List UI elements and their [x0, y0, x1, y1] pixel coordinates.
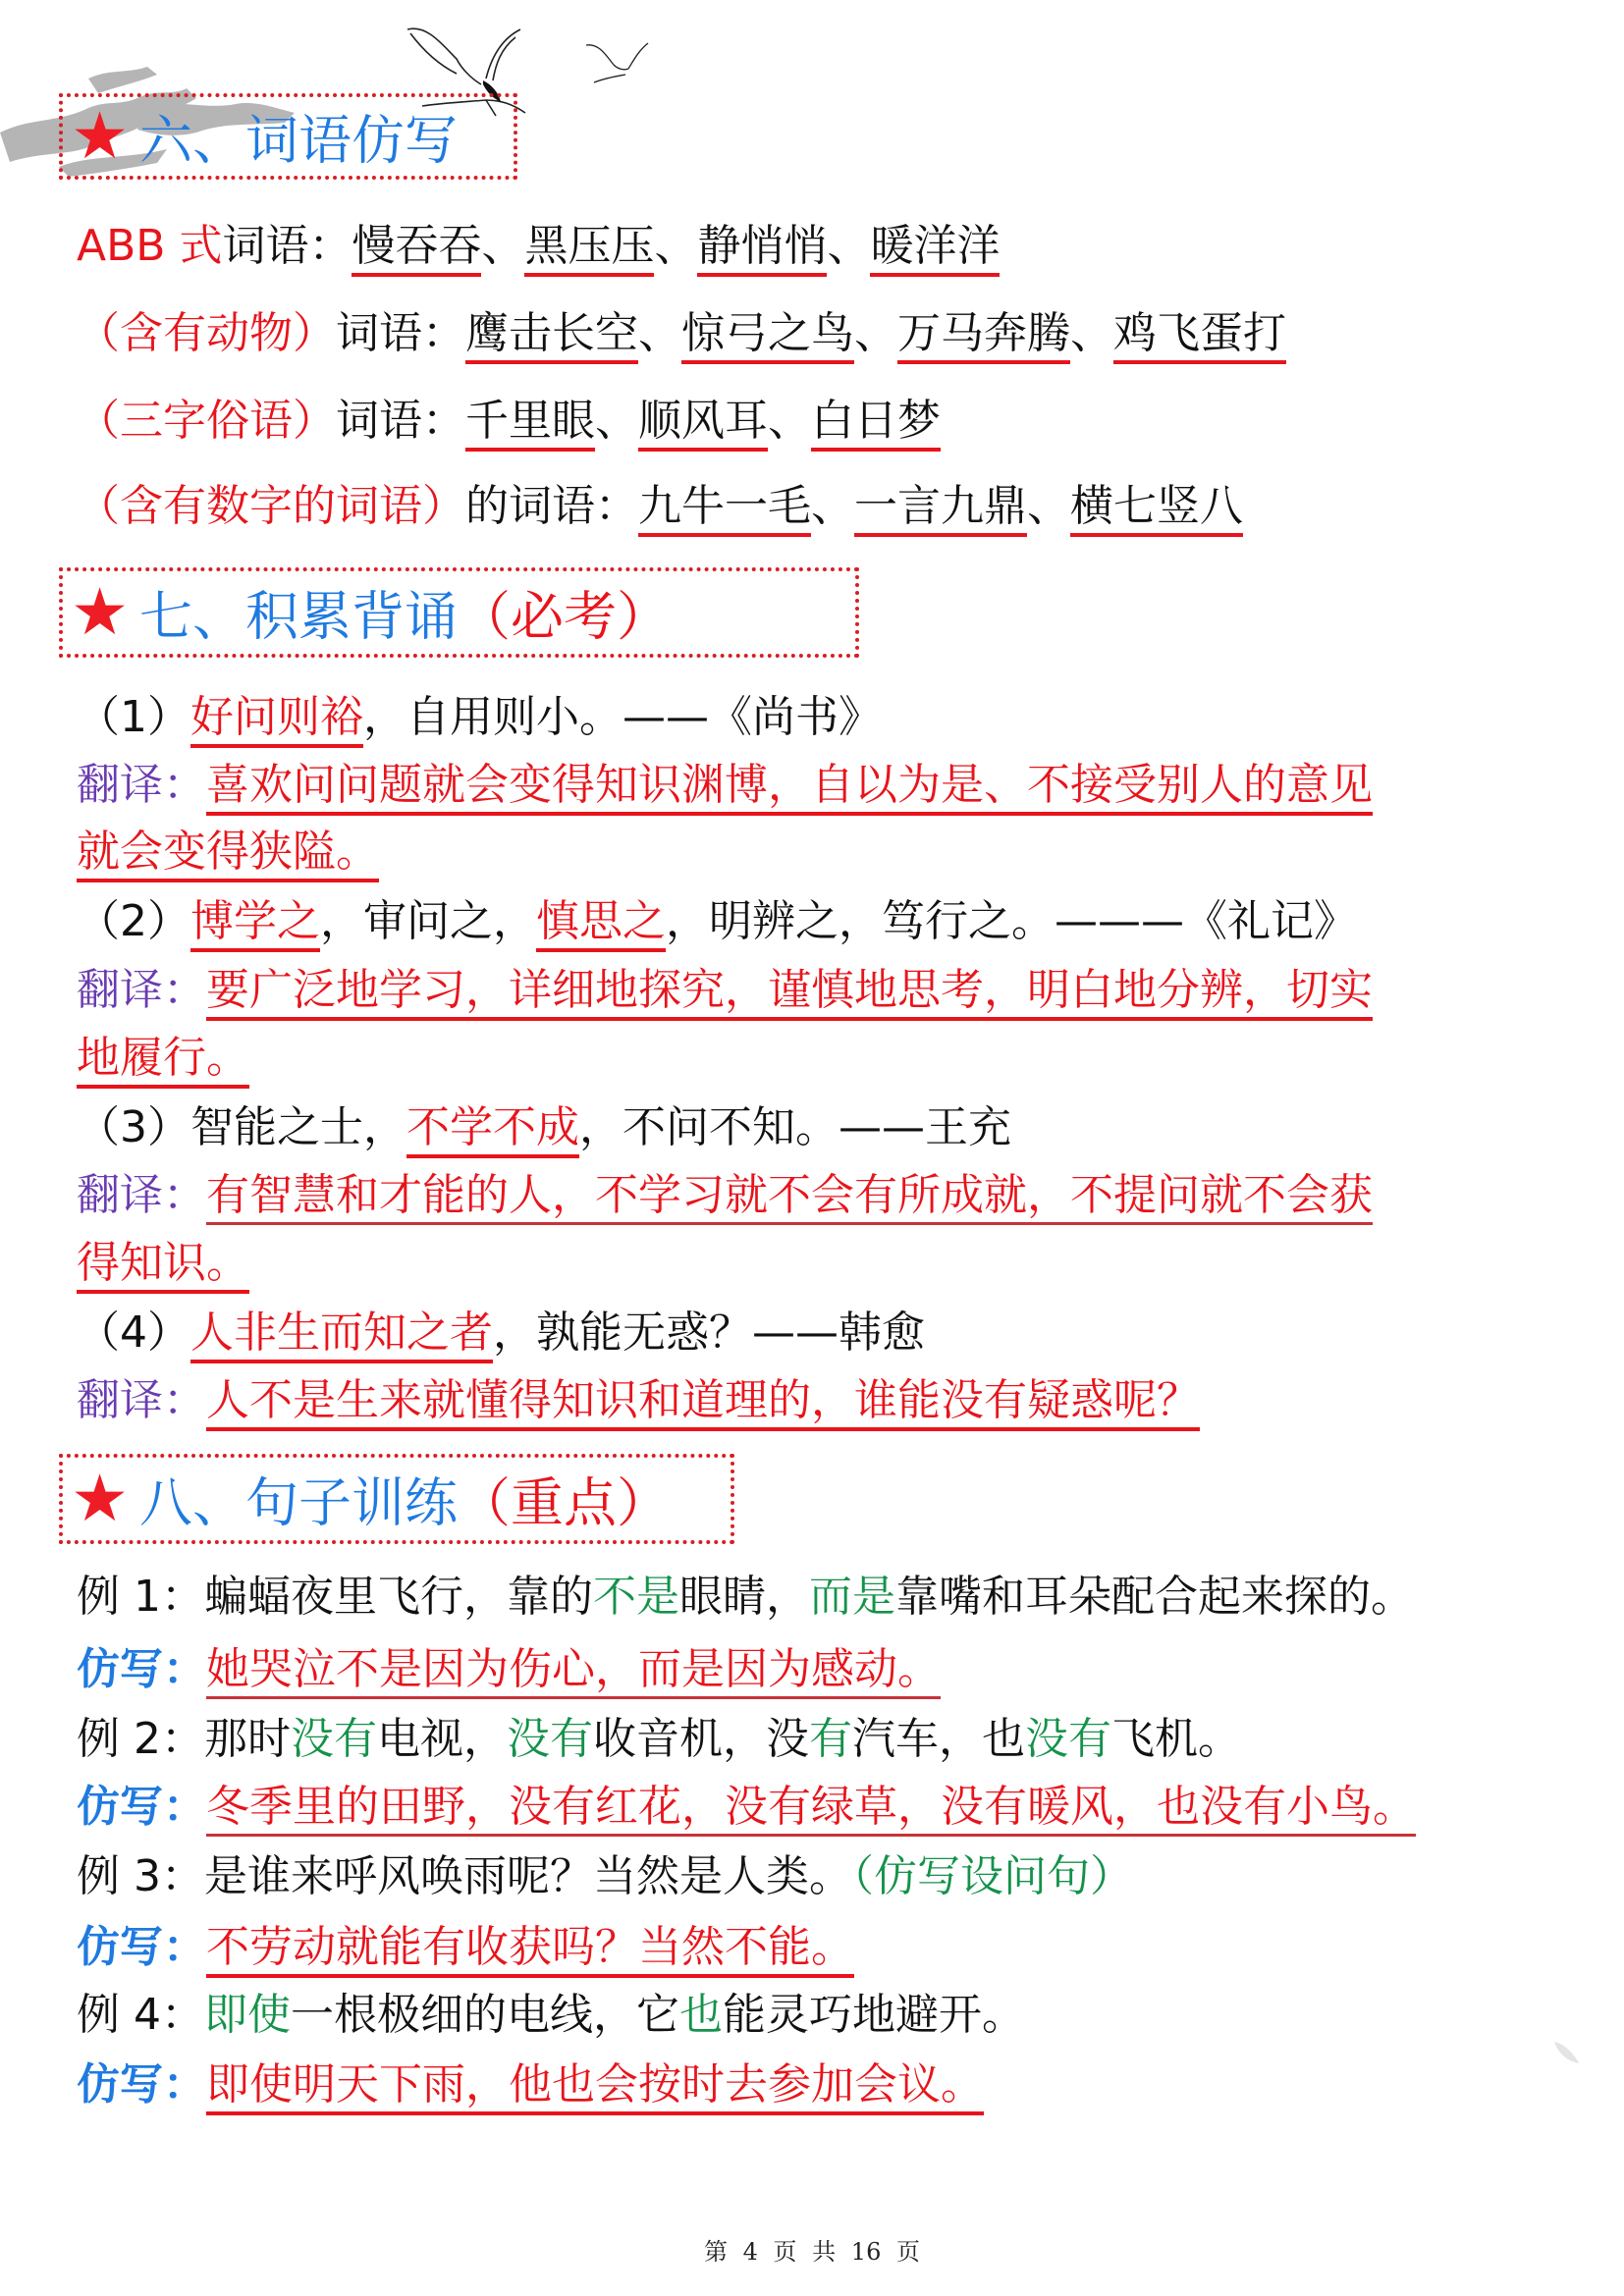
example-text: 是谁来呼风唤雨呢？当然是人类。 [204, 1851, 852, 1901]
separator: 、 [768, 396, 811, 446]
translation-3-line-2: 得知识。 [77, 1234, 249, 1293]
section-tag: （必考） [458, 586, 670, 648]
keyword: 没有 [507, 1714, 593, 1764]
imitation-text: 她哭泣不是因为伤心，而是因为感动。 [206, 1644, 941, 1699]
separator: 、 [811, 481, 854, 531]
imitation-text: 冬季里的田野，没有红花，没有绿草，没有暖风，也没有小鸟。 [206, 1782, 1416, 1837]
example-label: 例 3： [77, 1851, 204, 1901]
example-4: 例 4：即使一根极细的电线，它也能灵巧地避开。 [77, 1986, 1025, 2045]
translation-text: 地履行。 [77, 1033, 249, 1089]
separator: 、 [854, 308, 897, 358]
word: 鸡飞蛋打 [1113, 308, 1286, 364]
imitation-text: 即使明天下雨，他也会按时去参加会议。 [206, 2059, 984, 2115]
quote-item-4: （4）人非生而知之者，孰能无惑？——韩愈 [77, 1304, 925, 1362]
row-suffix: 的词语： [465, 481, 638, 531]
separator: 、 [827, 221, 870, 271]
translation-text: 人不是生来就懂得知识和道理的，谁能没有疑惑呢？ [206, 1375, 1200, 1431]
example-label: 例 4： [77, 1990, 204, 2040]
word-row-animals: （含有动物）词语：鹰击长空、惊弓之鸟、万马奔腾、鸡飞蛋打 [77, 304, 1286, 363]
example-3: 例 3：是谁来呼风唤雨呢？当然是人类。（仿写设问句） [77, 1847, 1133, 1906]
word: 静悄悄 [697, 221, 827, 277]
row-suffix: 词语： [222, 221, 352, 271]
word: 顺风耳 [638, 396, 768, 452]
corner-decoration [1549, 2032, 1589, 2071]
keyword: 也 [679, 1990, 723, 2040]
keyword: 有 [809, 1714, 852, 1764]
word: 白日梦 [811, 396, 941, 452]
keyword: 不是 [593, 1572, 679, 1622]
translation-3-line-1: 翻译：有智慧和才能的人，不学习就不会有所成就，不提问就不会获 [77, 1166, 1373, 1225]
row-label: （三字俗语） [77, 396, 336, 446]
translation-text: 得知识。 [77, 1238, 249, 1294]
quote-text: ，不问不知。——王充 [579, 1102, 1011, 1152]
section-tag: （重点） [458, 1472, 670, 1534]
crane-small-icon [584, 39, 653, 88]
example-text: 靠嘴和耳朵配合起来探的。 [895, 1572, 1414, 1622]
separator: 、 [638, 308, 681, 358]
imitation-1: 仿写：她哭泣不是因为伤心，而是因为感动。 [77, 1640, 941, 1699]
item-number: （4） [77, 1308, 190, 1358]
example-label: 例 1： [77, 1572, 204, 1622]
section-number: 八、 [139, 1472, 245, 1534]
example-label: 例 2： [77, 1714, 204, 1764]
example-2: 例 2：那时没有电视，没有收音机，没有汽车，也没有飞机。 [77, 1710, 1241, 1769]
word: 万马奔腾 [897, 308, 1070, 364]
translation-1-line-2: 就会变得狭隘。 [77, 823, 379, 881]
page-footer: 第 4 页 共 16 页 [0, 2232, 1624, 2267]
section-title: 句子训练 [245, 1472, 458, 1534]
section-title: 积累背诵 [245, 586, 458, 648]
translation-1-line-1: 翻译：喜欢问问题就会变得知识渊博，自以为是、不接受别人的意见 [77, 756, 1373, 815]
quote-item-1: （1）好问则裕，自用则小。——《尚书》 [77, 688, 882, 747]
separator: 、 [595, 396, 638, 446]
translation-text: 就会变得狭隘。 [77, 827, 379, 882]
section-number: 七、 [139, 586, 245, 648]
translation-2-line-2: 地履行。 [77, 1029, 249, 1088]
word: 慢吞吞 [352, 221, 481, 277]
quote-highlight: 人非生而知之者 [190, 1308, 493, 1363]
item-number: （3） [77, 1102, 190, 1152]
translation-text: 有智慧和才能的人，不学习就不会有所成就，不提问就不会获 [206, 1170, 1373, 1225]
separator: 、 [481, 221, 524, 271]
word: 一言九鼎 [854, 481, 1027, 537]
translation-label: 翻译： [77, 1170, 206, 1220]
word-row-idioms: （三字俗语）词语：千里眼、顺风耳、白日梦 [77, 392, 941, 451]
word: 黑压压 [524, 221, 654, 277]
example-text: 电视， [377, 1714, 507, 1764]
row-label: ABB 式 [77, 221, 222, 271]
word: 惊弓之鸟 [681, 308, 854, 364]
section-6-header: ★ 六、词语仿写 [59, 93, 517, 180]
quote-item-2: （2）博学之，审问之，慎思之，明辨之，笃行之。———《礼记》 [77, 892, 1357, 951]
translation-text: 喜欢问问题就会变得知识渊博，自以为是、不接受别人的意见 [206, 760, 1373, 816]
quote-text: ，自用则小。——《尚书》 [363, 692, 882, 742]
section-8-header: ★ 八、句子训练（重点） [59, 1454, 734, 1544]
quote-text: 智能之士， [190, 1102, 406, 1152]
word: 九牛一毛 [638, 481, 811, 537]
translation-label: 翻译： [77, 965, 206, 1015]
item-number: （2） [77, 896, 190, 946]
imitation-text: 不劳动就能有收获吗？当然不能。 [206, 1922, 854, 1978]
row-suffix: 词语： [336, 396, 465, 446]
example-text: 收音机，没 [593, 1714, 809, 1764]
star-icon: ★ [71, 104, 129, 169]
star-icon: ★ [71, 580, 129, 645]
example-text: 飞机。 [1111, 1714, 1241, 1764]
quote-highlight: 慎思之 [536, 896, 666, 952]
word: 千里眼 [465, 396, 595, 452]
example-text: 眼睛， [679, 1572, 809, 1622]
imitation-4: 仿写：即使明天下雨，他也会按时去参加会议。 [77, 2056, 984, 2114]
keyword: 没有 [1025, 1714, 1111, 1764]
word: 横七竖八 [1070, 481, 1243, 537]
keyword: 而是 [809, 1572, 895, 1622]
quote-highlight: 好问则裕 [190, 692, 363, 748]
quote-highlight: 博学之 [190, 896, 320, 952]
translation-label: 翻译： [77, 760, 206, 810]
word-row-abb: ABB 式词语：慢吞吞、黑压压、静悄悄、暖洋洋 [77, 217, 1000, 276]
quote-text: ，审问之， [320, 896, 536, 946]
keyword: 即使 [204, 1990, 291, 2040]
imitation-label: 仿写： [77, 1922, 206, 1972]
separator: 、 [1027, 481, 1070, 531]
quote-text: ，明辨之，笃行之。———《礼记》 [666, 896, 1357, 946]
item-number: （1） [77, 692, 190, 742]
section-title: 词语仿写 [245, 110, 458, 172]
row-label: （含有动物） [77, 308, 336, 358]
imitation-3: 仿写：不劳动就能有收获吗？当然不能。 [77, 1918, 854, 1977]
separator: 、 [654, 221, 697, 271]
word-row-numbers: （含有数字的词语）的词语：九牛一毛、一言九鼎、横七竖八 [77, 477, 1243, 536]
imitation-label: 仿写： [77, 1644, 206, 1694]
example-hint: （仿写设问句） [852, 1851, 1133, 1901]
translation-label: 翻译： [77, 1375, 206, 1425]
section-number: 六、 [139, 110, 245, 172]
row-label: （含有数字的词语） [77, 481, 465, 531]
quote-item-3: （3）智能之士，不学不成，不问不知。——王充 [77, 1098, 1011, 1157]
imitation-label: 仿写： [77, 2059, 206, 2109]
row-suffix: 词语： [336, 308, 465, 358]
section-7-header: ★ 七、积累背诵（必考） [59, 567, 859, 658]
example-text: 能灵巧地避开。 [723, 1990, 1025, 2040]
example-1: 例 1：蝙蝠夜里飞行，靠的不是眼睛，而是靠嘴和耳朵配合起来探的。 [77, 1568, 1414, 1627]
imitation-label: 仿写： [77, 1782, 206, 1832]
example-text: 那时 [204, 1714, 291, 1764]
star-icon: ★ [71, 1467, 129, 1531]
separator: 、 [1070, 308, 1113, 358]
keyword: 没有 [291, 1714, 377, 1764]
quote-highlight: 不学不成 [406, 1102, 579, 1158]
word: 鹰击长空 [465, 308, 638, 364]
translation-2-line-1: 翻译：要广泛地学习，详细地探究，谨慎地思考，明白地分辨，切实 [77, 961, 1373, 1020]
quote-text: ，孰能无惑？——韩愈 [493, 1308, 925, 1358]
example-text: 一根极细的电线，它 [291, 1990, 679, 2040]
example-text: 汽车，也 [852, 1714, 1025, 1764]
translation-text: 要广泛地学习，详细地探究，谨慎地思考，明白地分辨，切实 [206, 965, 1373, 1021]
imitation-2: 仿写：冬季里的田野，没有红花，没有绿草，没有暖风，也没有小鸟。 [77, 1778, 1416, 1837]
translation-4-line-1: 翻译：人不是生来就懂得知识和道理的，谁能没有疑惑呢？ [77, 1371, 1200, 1430]
example-text: 蝙蝠夜里飞行，靠的 [204, 1572, 593, 1622]
word: 暖洋洋 [870, 221, 1000, 277]
